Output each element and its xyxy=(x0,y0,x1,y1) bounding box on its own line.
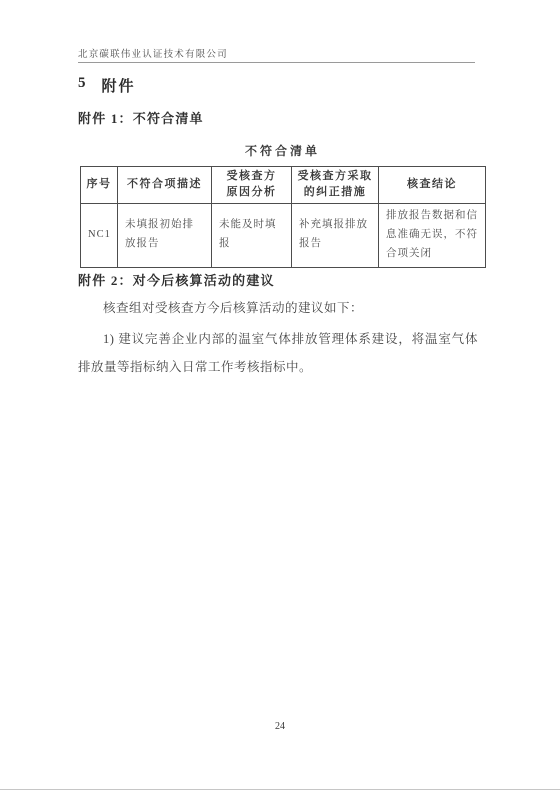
table-header-row: 序号 不符合项描述 受核查方 原因分析 受核查方采取 的纠正措施 核查结论 xyxy=(81,167,486,204)
table-header-correction: 受核查方采取 的纠正措施 xyxy=(292,167,379,204)
table-header-seq: 序号 xyxy=(81,167,118,204)
section-number: 5 xyxy=(78,75,88,96)
table-header-cause: 受核查方 原因分析 xyxy=(212,167,292,204)
attachment1-heading: 附件 1：不符合清单 xyxy=(78,108,204,127)
cell-nc-cause: 未能及时填报 xyxy=(212,203,292,267)
header-rule-line xyxy=(78,62,475,63)
cell-nc-description: 未填报初始排放报告 xyxy=(118,203,212,267)
nonconformity-table-title: 不符合清单 xyxy=(80,142,485,159)
cell-nc-id: NC1 xyxy=(81,203,118,267)
section-title: 附件 xyxy=(102,75,136,96)
table-header-description: 不符合项描述 xyxy=(118,167,212,204)
nonconformity-table: 序号 不符合项描述 受核查方 原因分析 受核查方采取 的纠正措施 核查结论 NC… xyxy=(80,166,486,268)
cell-nc-correction: 补充填报排放报告 xyxy=(292,203,379,267)
page-number: 24 xyxy=(0,721,560,732)
table-row: NC1 未填报初始排放报告 未能及时填报 补充填报排放报告 排放报告数据和信息准… xyxy=(81,203,486,267)
table-header-conclusion: 核查结论 xyxy=(379,167,486,204)
suggestion-item-paragraph: 1) 建议完善企业内部的温室气体排放管理体系建设，将温室气体排放量等指标纳入日常… xyxy=(78,325,478,381)
suggestion-intro-paragraph: 核查组对受核查方今后核算活动的建议如下： xyxy=(78,298,478,316)
attachment2-heading: 附件 2：对今后核算活动的建议 xyxy=(78,270,275,289)
page-header-company-name: 北京碳联伟业认证技术有限公司 xyxy=(78,46,228,60)
section-heading: 5 附件 xyxy=(78,75,136,96)
document-page: 北京碳联伟业认证技术有限公司 5 附件 附件 1：不符合清单 不符合清单 序号 … xyxy=(0,0,560,790)
cell-nc-conclusion: 排放报告数据和信息准确无误，不符合项关闭 xyxy=(379,203,486,267)
